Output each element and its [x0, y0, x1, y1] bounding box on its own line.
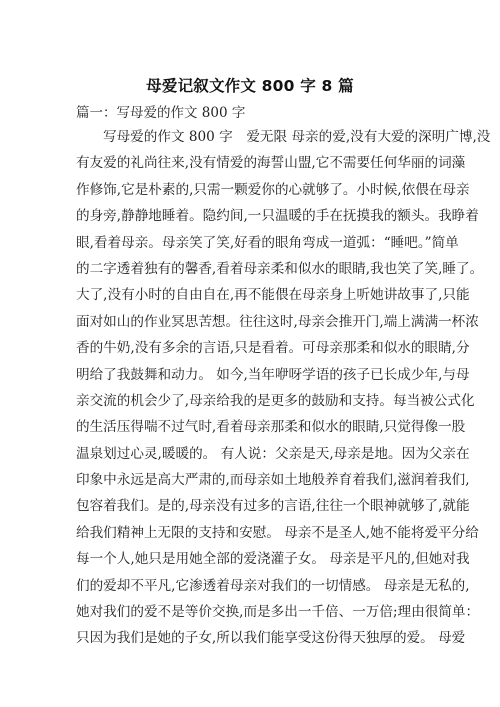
body-line: 写母爱的作文 800 字 爱无限 母亲的爱,没有大爱的深明广博,没	[76, 128, 424, 154]
body-line: 作修饰,它是朴素的,只需一颗爱你的心就够了。小时候,依偎在母亲	[76, 181, 424, 207]
body-line: 明给了我鼓舞和动力。 如今,当年咿呀学语的孩子已长成少年,与母	[76, 366, 424, 392]
body-line: 她对我们的爱不是等价交换,而是多出一千倍、一万倍;理由很简单：	[76, 603, 424, 629]
body-line: 印象中永远是高大严肃的,而母亲如土地般养育着我们,滋润着我们,	[76, 471, 424, 497]
body-line: 只因为我们是她的子女,所以我们能享受这份得天独厚的爱。 母爱	[76, 629, 424, 655]
body-paragraph: 写母爱的作文 800 字 爱无限 母亲的爱,没有大爱的深明广博,没 有友爱的礼尚…	[76, 128, 424, 656]
body-line: 大了,没有小时的自由自在,再不能偎在母亲身上听她讲故事了,只能	[76, 286, 424, 312]
body-line: 有友爱的礼尚往来,没有情爱的海誓山盟,它不需要任何华丽的词藻	[76, 154, 424, 180]
body-line: 的身旁,静静地睡着。隐约间,一只温暖的手在抚摸我的额头。我睁着	[76, 207, 424, 233]
body-line: 香的牛奶,没有多余的言语,只是看着。可母亲那柔和似水的眼睛,分	[76, 339, 424, 365]
body-line: 每一个人,她只是用她全部的爱浇灌子女。 母亲是平凡的,但她对我	[76, 550, 424, 576]
body-line: 们的爱却不平凡,它渗透着母亲对我们的一切情感。 母亲是无私的,	[76, 577, 424, 603]
body-line: 眼,看着母亲。母亲笑了笑,好看的眼角弯成一道弧：“睡吧。”简单	[76, 234, 424, 260]
document-title: 母爱记叙文作文 800 字 8 篇	[0, 74, 500, 96]
body-line: 温泉划过心灵,暖暖的。 有人说：父亲是天,母亲是地。因为父亲在	[76, 445, 424, 471]
body-line: 给我们精神上无限的支持和安慰。 母亲不是圣人,她不能将爱平分给	[76, 524, 424, 550]
body-line: 的二字透着独有的馨香,看着母亲柔和似水的眼睛,我也笑了笑,睡了。	[76, 260, 424, 286]
section-heading: 篇一：写母爱的作文 800 字	[76, 101, 245, 121]
body-line: 的生活压得喘不过气时,看着母亲那柔和似水的眼睛,只觉得像一股	[76, 418, 424, 444]
body-line: 包容着我们。是的,母亲没有过多的言语,往往一个眼神就够了,就能	[76, 497, 424, 523]
body-line: 面对如山的作业冥思苦想。往往这时,母亲会推开门,端上满满一杯浓	[76, 313, 424, 339]
document-page: 母爱记叙文作文 800 字 8 篇 篇一：写母爱的作文 800 字 写母爱的作文…	[0, 0, 500, 707]
body-line: 亲交流的机会少了,母亲给我的是更多的鼓励和支持。每当被公式化	[76, 392, 424, 418]
